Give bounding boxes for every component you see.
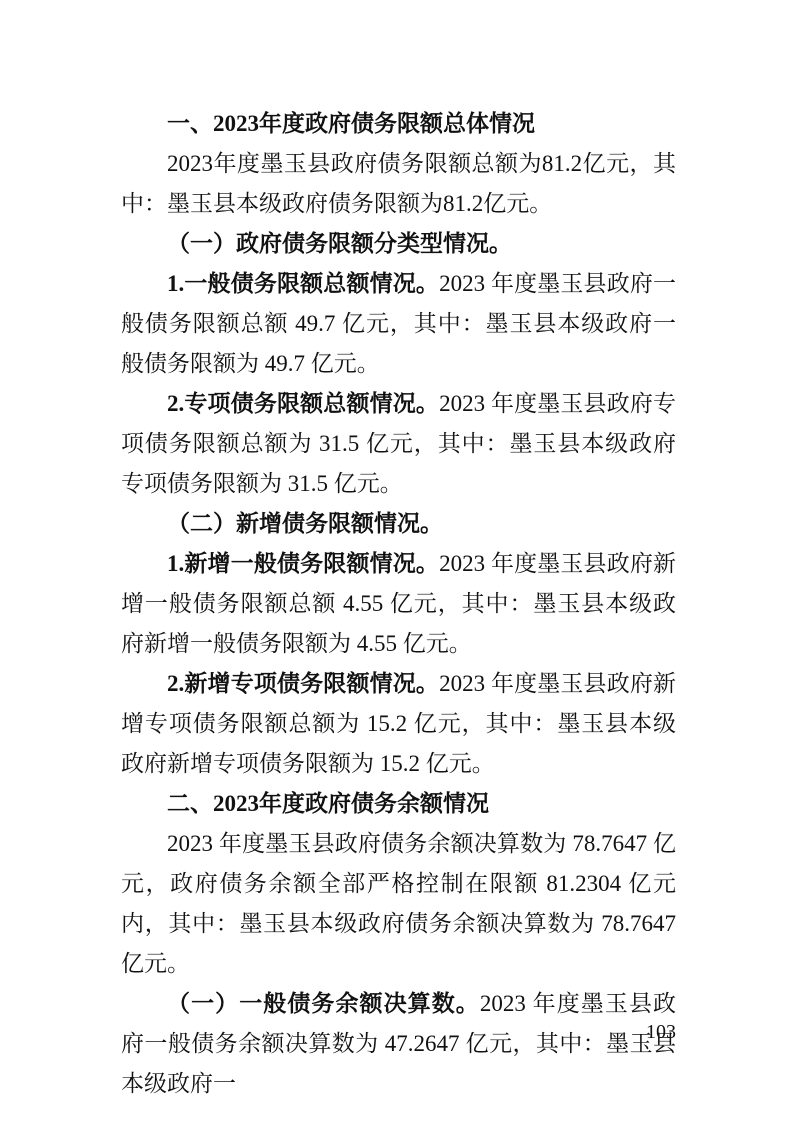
section-2-paragraph: 2023 年度墨玉县政府债务余额决算数为 78.7647 亿元，政府债务余额全部… [121, 824, 676, 984]
document-content: 一、2023年度政府债务限额总体情况 2023年度墨玉县政府债务限额总额为81.… [121, 104, 676, 1104]
item-lead: 2.专项债务限额总额情况。 [167, 391, 439, 416]
document-page: 一、2023年度政府债务限额总体情况 2023年度墨玉县政府债务限额总额为81.… [0, 0, 793, 1122]
section-2-heading: 二、2023年度政府债务余额情况 [121, 784, 676, 824]
subsection-1-1-heading: （一）政府债务限额分类型情况。 [121, 224, 676, 264]
item-general-debt-limit: 1.一般债务限额总额情况。2023 年度墨玉县政府一般债务限额总额 49.7 亿… [121, 264, 676, 384]
item-lead: 1.新增一般债务限额情况。 [167, 551, 439, 576]
item-special-debt-limit: 2.专项债务限额总额情况。2023 年度墨玉县政府专项债务限额总额为 31.5 … [121, 384, 676, 504]
item-new-special-debt-limit: 2.新增专项债务限额情况。2023 年度墨玉县政府新增专项债务限额总额为 15.… [121, 664, 676, 784]
item-lead: 1.一般债务限额总额情况。 [167, 271, 439, 296]
section-1-paragraph: 2023年度墨玉县政府债务限额总额为81.2亿元，其中：墨玉县本级政府债务限额为… [121, 144, 676, 224]
section-1-heading: 一、2023年度政府债务限额总体情况 [121, 104, 676, 144]
item-new-general-debt-limit: 1.新增一般债务限额情况。2023 年度墨玉县政府新增一般债务限额总额 4.55… [121, 544, 676, 664]
item-lead: （一）一般债务余额决算数。 [167, 991, 480, 1016]
page-number: 103 [121, 1020, 676, 1044]
subsection-1-2-heading: （二）新增债务限额情况。 [121, 504, 676, 544]
item-general-debt-balance: （一）一般债务余额决算数。2023 年度墨玉县政府一般债务余额决算数为 47.2… [121, 984, 676, 1104]
item-lead: 2.新增专项债务限额情况。 [167, 671, 439, 696]
